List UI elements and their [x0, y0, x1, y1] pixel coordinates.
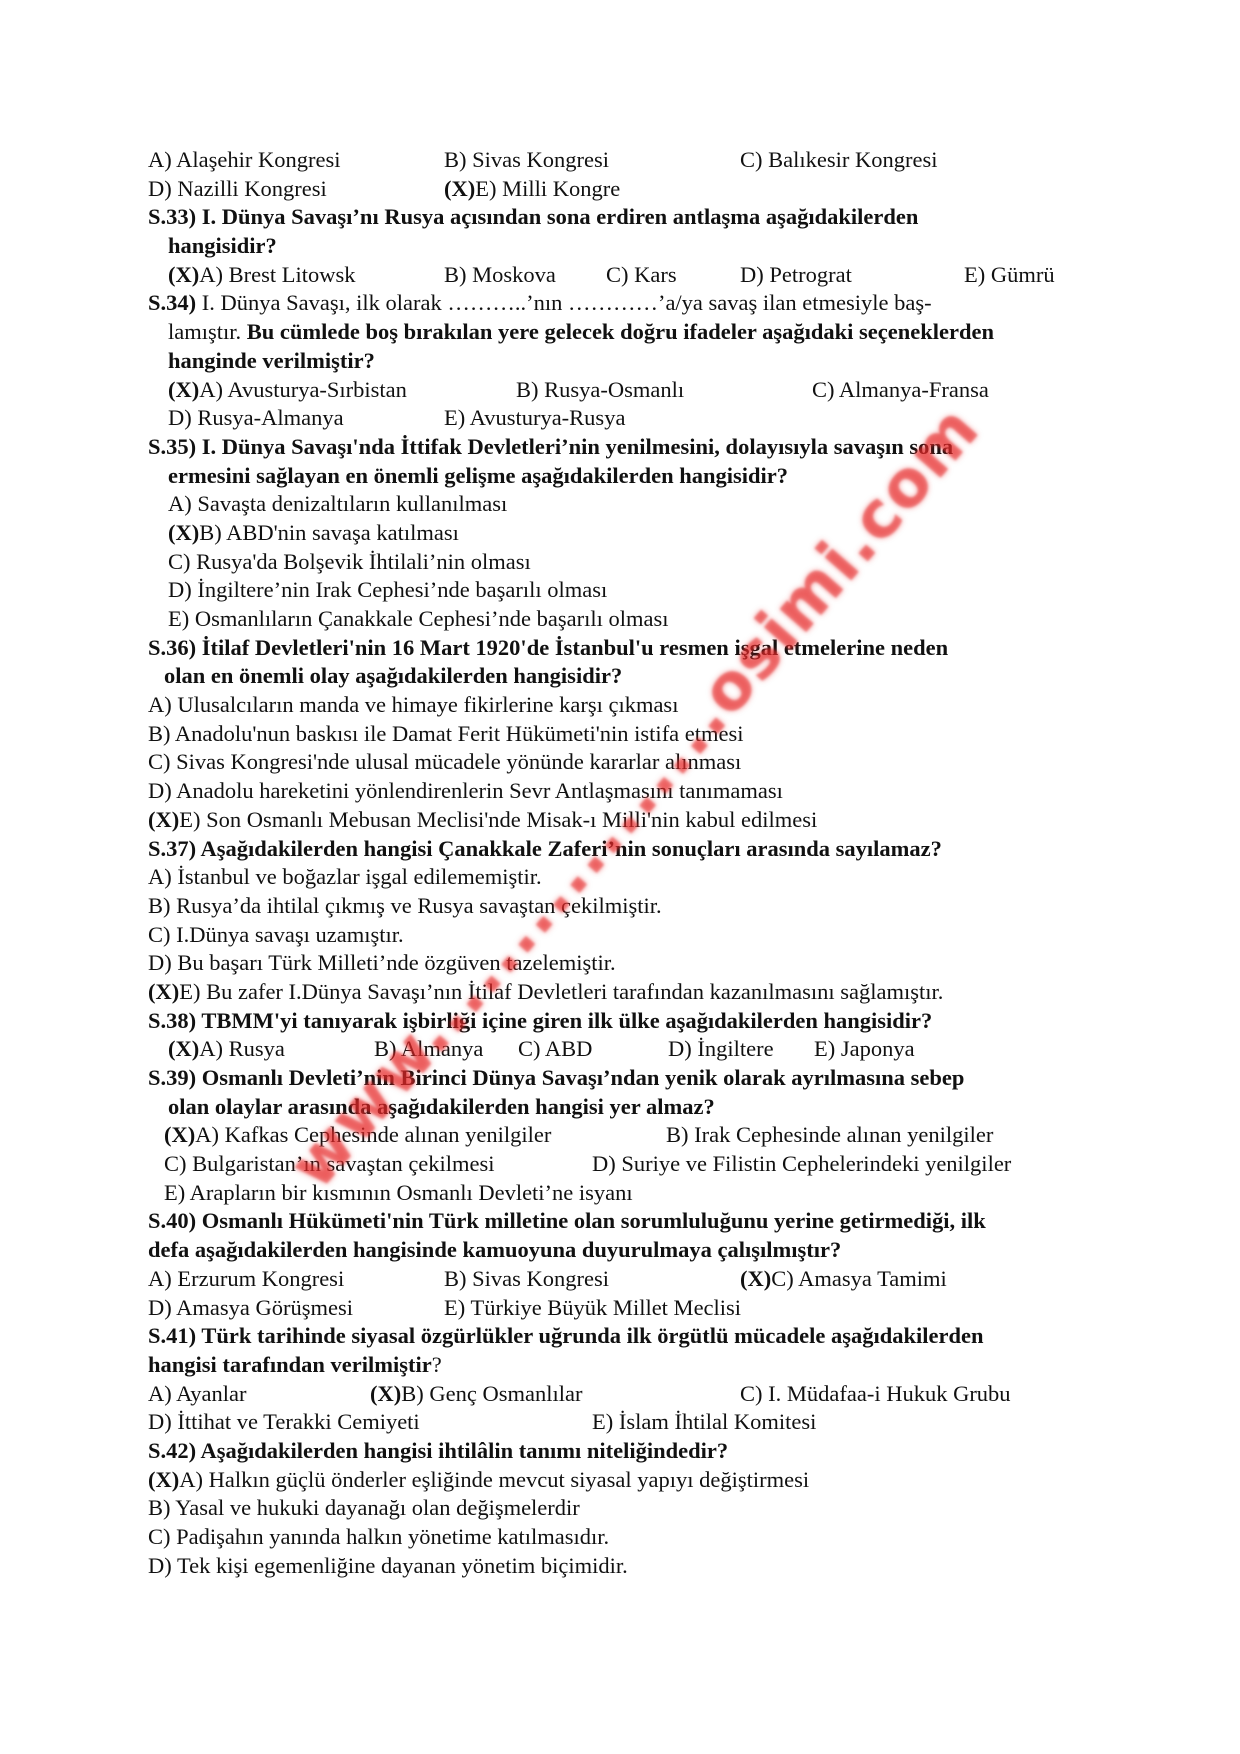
- option-d: D) Amasya Görüşmesi: [148, 1294, 353, 1323]
- option-d: D) Petrograt: [740, 261, 852, 290]
- answer-mark: (X): [370, 1381, 401, 1406]
- option-d: D) Suriye ve Filistin Cephelerindeki yen…: [592, 1150, 1011, 1179]
- option-e: (X)E) Milli Kongre: [444, 175, 620, 204]
- option-b: B) Irak Cephesinde alınan yenilgiler: [666, 1121, 993, 1150]
- question-34-options-row-1: (X)A) Avusturya-Sırbistan B) Rusya-Osman…: [148, 376, 1108, 405]
- answer-mark: (X): [148, 807, 179, 832]
- question-36-text: S.36) İtilaf Devletleri'nin 16 Mart 1920…: [148, 634, 1108, 663]
- option-a: (X)A) Rusya: [168, 1035, 285, 1064]
- question-39-text: S.39) Osmanlı Devleti’nin Birinci Dünya …: [148, 1064, 1108, 1093]
- question-37-text: S.37) Aşağıdakilerden hangisi Çanakkale …: [148, 835, 1108, 864]
- option-c: C) Kars: [606, 261, 677, 290]
- option-e: E) Arapların bir kısmının Osmanlı Devlet…: [148, 1179, 1108, 1208]
- answer-mark: (X): [168, 377, 199, 402]
- option-a: (X)A) Kafkas Cephesinde alınan yenilgile…: [164, 1121, 551, 1150]
- answer-mark: (X): [168, 1036, 199, 1061]
- question-41-text: S.41) Türk tarihinde siyasal özgürlükler…: [148, 1322, 1108, 1351]
- question-33-options: (X)A) Brest Litowsk B) Moskova C) Kars D…: [148, 261, 1108, 290]
- question-41-options-row-1: A) Ayanlar (X)B) Genç Osmanlılar C) I. M…: [148, 1380, 1108, 1409]
- option-e: (X)E) Bu zafer I.Dünya Savaşı’nın İtilaf…: [148, 978, 1108, 1007]
- option-c: C) Padişahın yanında halkın yönetime kat…: [148, 1523, 1108, 1552]
- question-36-text-cont: olan en önemli olay aşağıdakilerden hang…: [148, 662, 1108, 691]
- option-c: C) ABD: [518, 1035, 592, 1064]
- option-a: A) İstanbul ve boğazlar işgal edilememiş…: [148, 863, 1108, 892]
- option-d: D) Nazilli Kongresi: [148, 175, 327, 204]
- option-e: E) Gümrü: [964, 261, 1055, 290]
- question-35-text: S.35) I. Dünya Savaşı'nda İttifak Devlet…: [148, 433, 1108, 462]
- option-b: B) Moskova: [444, 261, 556, 290]
- option-b: B) Anadolu'nun baskısı ile Damat Ferit H…: [148, 720, 1108, 749]
- option-b: B) Sivas Kongresi: [444, 1265, 609, 1294]
- option-c: C) I.Dünya savaşı uzamıştır.: [148, 921, 1108, 950]
- question-41-options-row-2: D) İttihat ve Terakki Cemiyeti E) İslam …: [148, 1408, 1108, 1437]
- option-c: C) Almanya-Fransa: [812, 376, 989, 405]
- question-39-text-cont: olan olaylar arasında aşağıdakilerden ha…: [148, 1093, 1108, 1122]
- option-d: D) Rusya-Almanya: [168, 404, 344, 433]
- prev-options-row-2: D) Nazilli Kongresi (X)E) Milli Kongre: [148, 175, 1108, 204]
- option-a: A) Savaşta denizaltıların kullanılması: [148, 490, 1108, 519]
- option-b: B) Rusya-Osmanlı: [516, 376, 684, 405]
- option-d: D) Tek kişi egemenliğine dayanan yönetim…: [148, 1552, 1108, 1581]
- option-a: A) Alaşehir Kongresi: [148, 146, 340, 175]
- answer-mark: (X): [148, 1467, 179, 1492]
- option-e: (X)E) Son Osmanlı Mebusan Meclisi'nde Mi…: [148, 806, 1108, 835]
- option-a: A) Ulusalcıların manda ve himaye fikirle…: [148, 691, 1108, 720]
- option-b: (X)B) Genç Osmanlılar: [370, 1380, 582, 1409]
- answer-mark: (X): [444, 176, 475, 201]
- question-40-options-row-1: A) Erzurum Kongresi B) Sivas Kongresi (X…: [148, 1265, 1108, 1294]
- answer-mark: (X): [168, 262, 199, 287]
- question-34-options-row-2: D) Rusya-Almanya E) Avusturya-Rusya: [148, 404, 1108, 433]
- option-c: C) Balıkesir Kongresi: [740, 146, 937, 175]
- option-b: B) Yasal ve hukuki dayanağı olan değişme…: [148, 1494, 1108, 1523]
- prev-options-row-1: A) Alaşehir Kongresi B) Sivas Kongresi C…: [148, 146, 1108, 175]
- question-40-options-row-2: D) Amasya Görüşmesi E) Türkiye Büyük Mil…: [148, 1294, 1108, 1323]
- option-c: C) Bulgaristan’ın savaştan çekilmesi: [164, 1150, 495, 1179]
- answer-mark: (X): [148, 979, 179, 1004]
- question-33-text-cont: hangisidir?: [148, 232, 1108, 261]
- answer-mark: (X): [164, 1122, 195, 1147]
- option-d: D) Anadolu hareketini yönlendirenlerin S…: [148, 777, 1108, 806]
- option-c: C) Rusya'da Bolşevik İhtilali’nin olması: [148, 548, 1108, 577]
- option-a: (X)A) Brest Litowsk: [168, 261, 355, 290]
- question-33-text: S.33) I. Dünya Savaşı’nı Rusya açısından…: [148, 203, 1108, 232]
- option-e: E) Japonya: [814, 1035, 915, 1064]
- question-41-text-cont: hangisi tarafından verilmiştir?: [148, 1351, 1108, 1380]
- option-a: (X)A) Avusturya-Sırbistan: [168, 376, 407, 405]
- answer-mark: (X): [740, 1266, 771, 1291]
- question-40-text-cont: defa aşağıdakilerden hangisinde kamuoyun…: [148, 1236, 1108, 1265]
- question-42-text: S.42) Aşağıdakilerden hangisi ihtilâlin …: [148, 1437, 1108, 1466]
- question-39-options-row-1: (X)A) Kafkas Cephesinde alınan yenilgile…: [148, 1121, 1108, 1150]
- option-c: (X)C) Amasya Tamimi: [740, 1265, 947, 1294]
- question-34-text-cont: lamıştır. Bu cümlede boş bırakılan yere …: [148, 318, 1108, 347]
- answer-mark: (X): [168, 520, 199, 545]
- question-38-options: (X)A) Rusya B) Almanya C) ABD D) İngilte…: [148, 1035, 1108, 1064]
- option-e: E) İslam İhtilal Komitesi: [592, 1408, 816, 1437]
- option-d: D) İttihat ve Terakki Cemiyeti: [148, 1408, 420, 1437]
- question-38-text: S.38) TBMM'yi tanıyarak işbirliği içine …: [148, 1007, 1108, 1036]
- option-e: E) Türkiye Büyük Millet Meclisi: [444, 1294, 741, 1323]
- question-39-options-row-2: C) Bulgaristan’ın savaştan çekilmesi D) …: [148, 1150, 1108, 1179]
- question-35-text-cont: ermesini sağlayan en önemli gelişme aşağ…: [148, 462, 1108, 491]
- option-d: D) İngiltere’nin Irak Cephesi’nde başarı…: [148, 576, 1108, 605]
- question-34-text: S.34) I. Dünya Savaşı, ilk olarak ………..’…: [148, 289, 1108, 318]
- option-b: B) Almanya: [374, 1035, 483, 1064]
- option-c: C) I. Müdafaa-i Hukuk Grubu: [740, 1380, 1011, 1409]
- option-c: C) Sivas Kongresi'nde ulusal mücadele yö…: [148, 748, 1108, 777]
- option-e: E) Osmanlıların Çanakkale Cephesi’nde ba…: [148, 605, 1108, 634]
- option-b: B) Rusya’da ihtilal çıkmış ve Rusya sava…: [148, 892, 1108, 921]
- option-d: D) İngiltere: [668, 1035, 774, 1064]
- option-d: D) Bu başarı Türk Milleti’nde özgüven ta…: [148, 949, 1108, 978]
- exam-page: A) Alaşehir Kongresi B) Sivas Kongresi C…: [148, 146, 1108, 1580]
- question-40-text: S.40) Osmanlı Hükümeti'nin Türk milletin…: [148, 1207, 1108, 1236]
- option-b: (X)B) ABD'nin savaşa katılması: [148, 519, 1108, 548]
- option-a: (X)A) Halkın güçlü önderler eşliğinde me…: [148, 1466, 1108, 1495]
- option-e: E) Avusturya-Rusya: [444, 404, 625, 433]
- question-34-text-cont2: hanginde verilmiştir?: [148, 347, 1108, 376]
- option-a: A) Ayanlar: [148, 1380, 247, 1409]
- option-a: A) Erzurum Kongresi: [148, 1265, 344, 1294]
- option-b: B) Sivas Kongresi: [444, 146, 609, 175]
